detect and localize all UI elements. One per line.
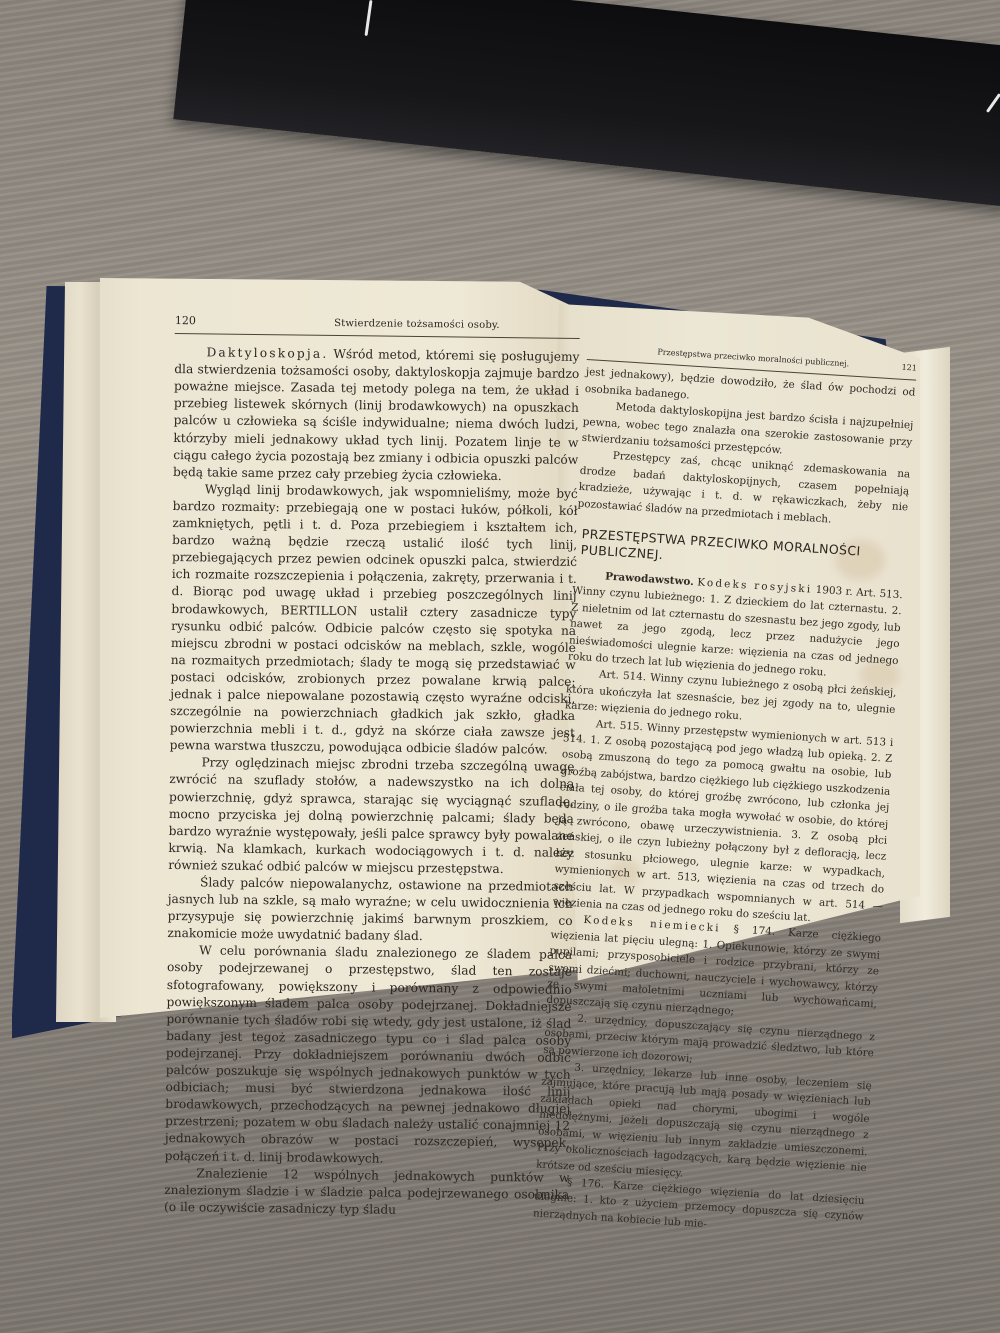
paragraph-text: Wśród metod, któremi się posługujemy dla… <box>173 347 580 483</box>
left-page-text: 120 Stwierdzenie tożsamości osoby. Dakty… <box>164 312 580 1221</box>
paragraph-bold-lead: Prawodawstwo. <box>605 570 694 588</box>
page-number: 121 <box>901 360 917 377</box>
page-number: 120 <box>175 312 196 329</box>
right-page-text: Przestępstwa przeciwko moralności public… <box>533 340 918 1242</box>
paragraph: W celu porównania śladu znalezionego ze … <box>165 942 573 1169</box>
paragraph: Daktyloskopja. Wśród metod, któremi się … <box>173 344 580 486</box>
left-page-header: 120 Stwierdzenie tożsamości osoby. <box>175 312 580 339</box>
paragraph: Ślady palców niepowalanychz, ostawione n… <box>167 874 573 947</box>
paragraph-text: § 174. Karze ciężkiego więzienia lat pię… <box>546 924 881 1018</box>
paragraph: Przy oględzinach miejsc zbrodni trzeba s… <box>168 754 574 879</box>
open-book: 120 Stwierdzenie tożsamości osoby. Dakty… <box>0 0 1000 1333</box>
paragraph: Art. 515. Winny przestępstw wymienionych… <box>552 714 894 931</box>
paragraph: Wygląd linij brodawkowych, jak wspomniel… <box>170 481 578 759</box>
paragraph: 3. urzędnicy, lekarze lub inne osoby, le… <box>536 1058 873 1193</box>
paragraph-lead: Daktyloskopja. <box>206 345 328 360</box>
running-title: Stwierdzenie tożsamości osoby. <box>334 315 500 334</box>
paragraph: Znalezienie 12 wspólnych jednakowych pun… <box>164 1165 570 1221</box>
paragraph-text: 1903 r. Art. 513. Winny czynu lubieżnego… <box>568 584 903 679</box>
